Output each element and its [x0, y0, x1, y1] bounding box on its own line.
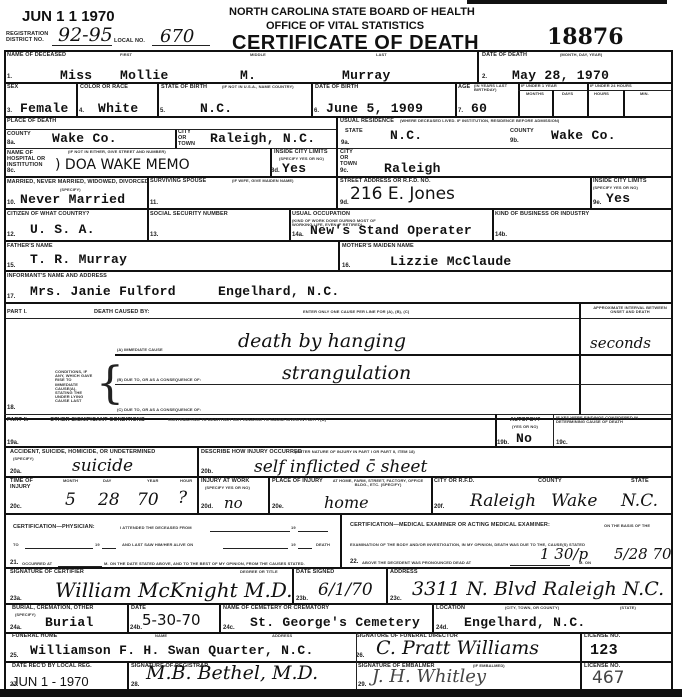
- filed-date-stamp: JUN 1 1 1970: [22, 8, 115, 25]
- board-name: NORTH CAROLINA STATE BOARD OF HEALTH: [229, 6, 475, 18]
- sex-value[interactable]: Female: [20, 101, 69, 116]
- mother-maiden-name[interactable]: Lizzie McClaude: [390, 254, 512, 269]
- race-value[interactable]: White: [98, 101, 139, 116]
- father-name[interactable]: T. R. Murray: [30, 252, 127, 267]
- informant-address[interactable]: Engelhard, N.C.: [218, 284, 340, 299]
- part-2-label: Part II.: [7, 418, 28, 424]
- death-county[interactable]: Wake Co.: [52, 131, 117, 146]
- death-city[interactable]: Raleigh, N.C.: [210, 131, 315, 146]
- injury-day[interactable]: 28: [98, 490, 120, 510]
- birth-state-value[interactable]: N.C.: [200, 101, 232, 116]
- usual-occupation[interactable]: New's Stand Operater: [310, 223, 472, 238]
- dob-label: Date of Birth: [315, 85, 358, 91]
- dob-value[interactable]: June 5, 1909: [326, 101, 423, 116]
- date-received-stamp: JUN 1 - 1970: [12, 674, 89, 689]
- death-inside-city-limits[interactable]: Yes: [282, 161, 306, 176]
- residence-street[interactable]: 216 E. Jones: [350, 184, 455, 204]
- immediate-cause[interactable]: death by hanging: [238, 330, 406, 352]
- citizenship[interactable]: U. S. A.: [30, 222, 95, 237]
- registration-district-label: Registration District No.: [6, 32, 52, 44]
- part-1-label: Part I.: [7, 310, 27, 316]
- birth-state-label: State of Birth: [161, 85, 207, 91]
- due-to-b[interactable]: strangulation: [282, 362, 411, 384]
- date-signed[interactable]: 6/1/70: [318, 580, 373, 600]
- header-bar: [467, 0, 667, 4]
- race-label: Color or Race: [80, 85, 128, 91]
- injury-county[interactable]: Wake: [551, 491, 598, 511]
- place-of-death-label: Place of Death: [7, 119, 56, 125]
- deceased-first-name[interactable]: Mollie: [120, 68, 169, 83]
- pronounced-date[interactable]: 5/28 70: [614, 545, 672, 563]
- residence-city[interactable]: Raleigh: [384, 161, 441, 176]
- date-of-death[interactable]: May 28, 1970: [512, 68, 609, 83]
- disposition-method[interactable]: Burial: [45, 615, 94, 630]
- deceased-last-name[interactable]: Murray: [342, 68, 391, 83]
- registrar-signature[interactable]: M.B. Bethel, M.D.: [146, 662, 318, 684]
- date-of-death-label: Date of Death: [482, 53, 527, 59]
- deceased-middle-name[interactable]: M.: [240, 68, 256, 83]
- immediate-cause-interval[interactable]: seconds: [590, 334, 651, 352]
- office-name: OFFICE OF VITAL STATISTICS: [266, 20, 424, 32]
- marital-status[interactable]: Never Married: [20, 192, 125, 207]
- deceased-title[interactable]: Miss: [60, 68, 92, 83]
- injury-month[interactable]: 5: [65, 490, 76, 510]
- injury-hour[interactable]: ?: [178, 488, 187, 508]
- sex-label: Sex: [7, 85, 18, 91]
- certificate-number: 18876: [547, 24, 624, 50]
- cemetery-location[interactable]: Engelhard, N.C.: [464, 615, 586, 630]
- injury-year[interactable]: 70: [137, 490, 159, 510]
- embalmer-signature[interactable]: J. H. Whitley: [372, 666, 486, 687]
- injury-at-work[interactable]: no: [224, 494, 243, 512]
- embalmer-license-no[interactable]: 467: [592, 668, 624, 688]
- disposition-date[interactable]: 5-30-70: [142, 611, 201, 629]
- how-injury-occurred[interactable]: self inflicted c̄ sheet: [254, 457, 427, 477]
- autopsy-value[interactable]: No: [516, 431, 532, 446]
- medical-examiner-label: Certification—Medical Examiner or Acting…: [350, 523, 550, 529]
- residence-inside-city-limits[interactable]: Yes: [606, 191, 630, 206]
- funeral-director-signature[interactable]: C. Pratt Williams: [376, 637, 539, 659]
- injury-city[interactable]: Raleigh: [470, 491, 536, 511]
- manner-of-death[interactable]: suicide: [72, 456, 133, 476]
- name-of-deceased-label: Name of Deceased: [7, 53, 66, 59]
- funeral-home[interactable]: Williamson F. H. Swan Quarter, N.C.: [30, 643, 314, 658]
- hospital-name[interactable]: ) DOA WAKE MEMO: [55, 157, 190, 173]
- age-value[interactable]: 60: [471, 101, 487, 116]
- certifier-signature[interactable]: William McKnight M.D.: [55, 578, 293, 602]
- cemetery-name[interactable]: St. George's Cemetery: [250, 615, 420, 630]
- local-no[interactable]: 670: [160, 26, 194, 47]
- informant-name[interactable]: Mrs. Janie Fulford: [30, 284, 176, 299]
- physician-certification-label: Certification—Physician:: [13, 525, 95, 531]
- injury-state[interactable]: N.C.: [621, 491, 658, 511]
- director-license-no[interactable]: 123: [590, 642, 618, 659]
- age-label: Age: [458, 85, 470, 91]
- residence-state[interactable]: N.C.: [390, 128, 422, 143]
- registration-district-no[interactable]: 92-95: [58, 24, 113, 46]
- local-no-label: Local No.: [114, 39, 145, 45]
- certifier-address[interactable]: 3311 N. Blvd Raleigh N.C.: [412, 578, 664, 600]
- usual-residence-label: Usual Residence: [340, 119, 394, 125]
- place-of-injury[interactable]: home: [324, 493, 369, 512]
- residence-county[interactable]: Wake Co.: [551, 128, 616, 143]
